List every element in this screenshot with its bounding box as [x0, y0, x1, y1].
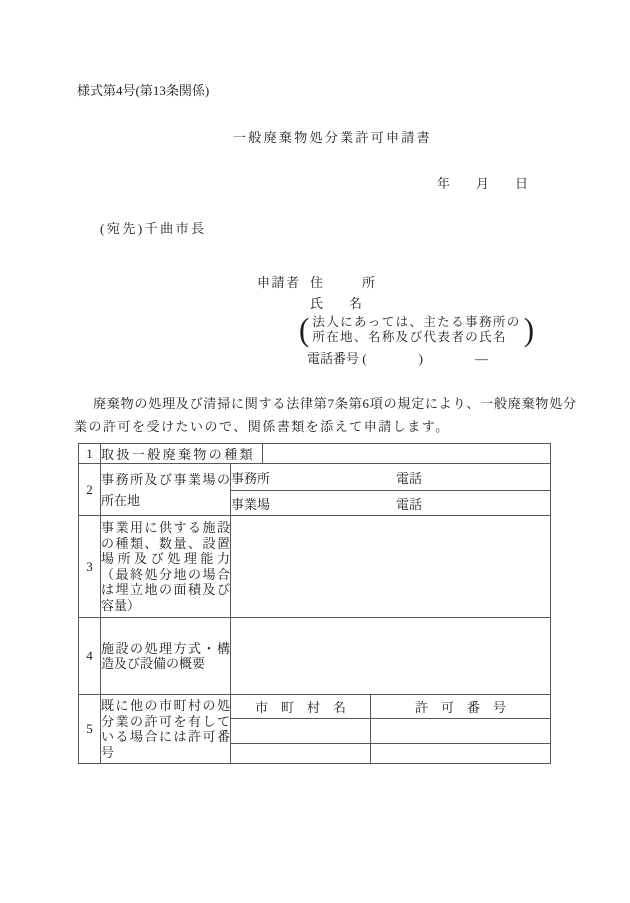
applicant-label: 申請者	[257, 276, 301, 289]
row5-label: 既に他の市町村の処分業の許可を有している場合には許可番号	[101, 695, 231, 764]
application-form-table: 1 取扱一般廃棄物の種類 2 事務所及び事業場の所在地 事務所電話 事業場電話 …	[78, 443, 551, 764]
row2-label: 事務所及び事業場の所在地	[101, 464, 231, 516]
applicant-name-label: 氏 名	[310, 297, 362, 310]
office-label: 事務所	[231, 468, 396, 487]
row3-label-text: 事業用に供する施設の種類、数量、設置場所及び処理能力（最終処分地の場合は埋立地の…	[101, 520, 230, 613]
corporate-note-line2: 所在地、名称及び代表者の氏名	[312, 330, 520, 346]
table-row-2-office: 2 事務所及び事業場の所在地 事務所電話	[79, 464, 551, 491]
table-row-1: 1 取扱一般廃棄物の種類	[79, 444, 551, 464]
site-tel-label: 電話	[396, 497, 422, 512]
row1-label: 取扱一般廃棄物の種類	[101, 444, 263, 464]
date-line: 年 月 日	[437, 177, 528, 190]
row3-value-field	[231, 516, 551, 618]
municipality-name-header: 市町村名	[231, 695, 371, 719]
row1-number: 1	[79, 444, 101, 464]
corporate-note: ( 法人にあっては、主たる事務所の 所在地、名称及び代表者の氏名 )	[299, 313, 534, 347]
row4-number: 4	[79, 618, 101, 695]
permit-number-field-1	[371, 719, 551, 744]
row2-site-field: 事業場電話	[231, 491, 551, 516]
close-paren-glyph: )	[524, 312, 534, 347]
row4-label-text: 施設の処理方式・構造及び設備の概要	[101, 641, 230, 672]
permit-number-field-2	[371, 744, 551, 764]
row5-number: 5	[79, 695, 101, 764]
site-label: 事業場	[231, 494, 396, 513]
row4-value-field	[231, 618, 551, 695]
row2-label-text: 事務所及び事業場の所在地	[101, 472, 230, 508]
corporate-note-lines: 法人にあっては、主たる事務所の 所在地、名称及び代表者の氏名	[312, 315, 520, 346]
row1-value-field	[263, 444, 551, 464]
municipality-name-field-2	[231, 744, 371, 764]
table-row-3: 3 事業用に供する施設の種類、数量、設置場所及び処理能力（最終処分地の場合は埋立…	[79, 516, 551, 618]
table-row-4: 4 施設の処理方式・構造及び設備の概要	[79, 618, 551, 695]
form-number: 様式第4号(第13条関係)	[77, 84, 209, 97]
municipality-name-field-1	[231, 719, 371, 744]
open-paren-glyph: (	[299, 312, 309, 347]
office-tel-label: 電話	[396, 471, 422, 486]
phone-number-line: 電話番号 ( ) ―	[307, 352, 488, 365]
addressee: (宛先)千曲市長	[100, 222, 207, 235]
row4-label: 施設の処理方式・構造及び設備の概要	[101, 618, 231, 695]
body-paragraph-line2: 業の許可を受けたいので、関係書類を添えて申請します。	[74, 420, 450, 433]
row2-office-field: 事務所電話	[231, 464, 551, 491]
body-paragraph-line1: 廃棄物の処理及び清掃に関する法律第7条第6項の規定により、一般廃棄物処分	[93, 397, 577, 410]
applicant-address-label: 住 所	[310, 276, 375, 289]
table-row-5-header: 5 既に他の市町村の処分業の許可を有している場合には許可番号 市町村名 許可番号	[79, 695, 551, 719]
row3-number: 3	[79, 516, 101, 618]
document-title: 一般廃棄物処分業許可申請書	[233, 131, 432, 144]
permit-number-header: 許可番号	[371, 695, 551, 719]
row2-number: 2	[79, 464, 101, 516]
row3-label: 事業用に供する施設の種類、数量、設置場所及び処理能力（最終処分地の場合は埋立地の…	[101, 516, 231, 618]
row5-label-text: 既に他の市町村の処分業の許可を有している場合には許可番号	[101, 698, 230, 760]
corporate-note-line1: 法人にあっては、主たる事務所の	[312, 315, 520, 331]
document-page: 様式第4号(第13条関係) 一般廃棄物処分業許可申請書 年 月 日 (宛先)千曲…	[0, 0, 630, 903]
